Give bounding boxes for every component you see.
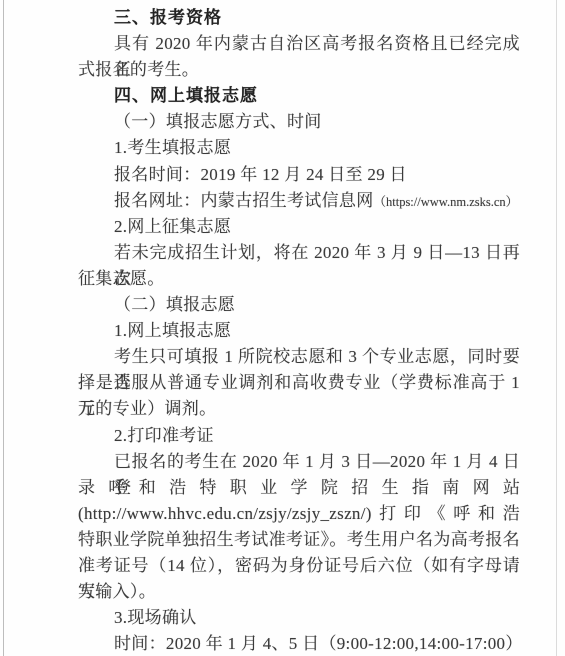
document-page: 三、报考资格 具有 2020 年内蒙古自治区高考报名资格且已经完成正 式报名的考… [0, 0, 565, 656]
paragraph-line-with-url: (http://www.hhvc.edu.cn/zsjy/zsjy_zszn/)… [78, 501, 520, 527]
section-heading-online-application: 四、网上填报志愿 [78, 83, 520, 109]
subsection-heading-fill-application: （二）填报志愿 [78, 292, 520, 318]
list-item-heading: 1.网上填报志愿 [78, 318, 520, 344]
paragraph-line: 准考证号（14 位），密码为身份证号后六位（如有字母请大 [78, 553, 520, 579]
list-item-heading: 1.考生填报志愿 [78, 135, 520, 161]
paragraph-line: 征集志愿。 [78, 266, 520, 292]
paragraph-line: 式报名的考生。 [78, 57, 520, 83]
paragraph-line: 写输入）。 [78, 579, 520, 605]
paragraph-line: 元的专业）调剂。 [78, 396, 520, 422]
confirmation-time-line: 时间：2020 年 1 月 4、5 日（9:00-12:00,14:00-17:… [78, 631, 520, 656]
paragraph-line: 择是否服从普通专业调剂和高收费专业（学费标准高于 1 万 [78, 370, 520, 396]
list-item-heading: 2.打印准考证 [78, 423, 520, 449]
list-item-heading: 2.网上征集志愿 [78, 214, 520, 240]
paragraph-line: 若未完成招生计划，将在 2020 年 3 月 9 日—13 日再次 [78, 240, 520, 266]
scan-edge-right [556, 0, 557, 656]
document-body: 三、报考资格 具有 2020 年内蒙古自治区高考报名资格且已经完成正 式报名的考… [78, 5, 520, 656]
paragraph-line: 考生只可填报 1 所院校志愿和 3 个专业志愿，同时要选 [78, 344, 520, 370]
subsection-heading-method-time: （一）填报志愿方式、时间 [78, 109, 520, 135]
paragraph-line: 特职业学院单独招生考试准考证》。考生用户名为高考报名 [78, 527, 520, 553]
scan-edge-left [3, 0, 4, 656]
paragraph-line: 已报名的考生在 2020 年 1 月 3 日—2020 年 1 月 4 日登 [78, 449, 520, 475]
registration-site-label: 报名网址：内蒙古招生考试信息网 [114, 191, 374, 210]
paragraph-line: 具有 2020 年内蒙古自治区高考报名资格且已经完成正 [78, 31, 520, 57]
registration-site-line: 报名网址：内蒙古招生考试信息网（https://www.nm.zsks.cn） [78, 188, 520, 214]
paragraph-line-justified: 录呼和浩特职业学院招生指南网站 [78, 475, 520, 501]
section-heading-eligibility: 三、报考资格 [78, 5, 520, 31]
list-item-heading: 3.现场确认 [78, 605, 520, 631]
registration-site-url: （https://www.nm.zsks.cn） [374, 195, 519, 209]
registration-time-line: 报名时间：2019 年 12 月 24 日至 29 日 [78, 162, 520, 188]
